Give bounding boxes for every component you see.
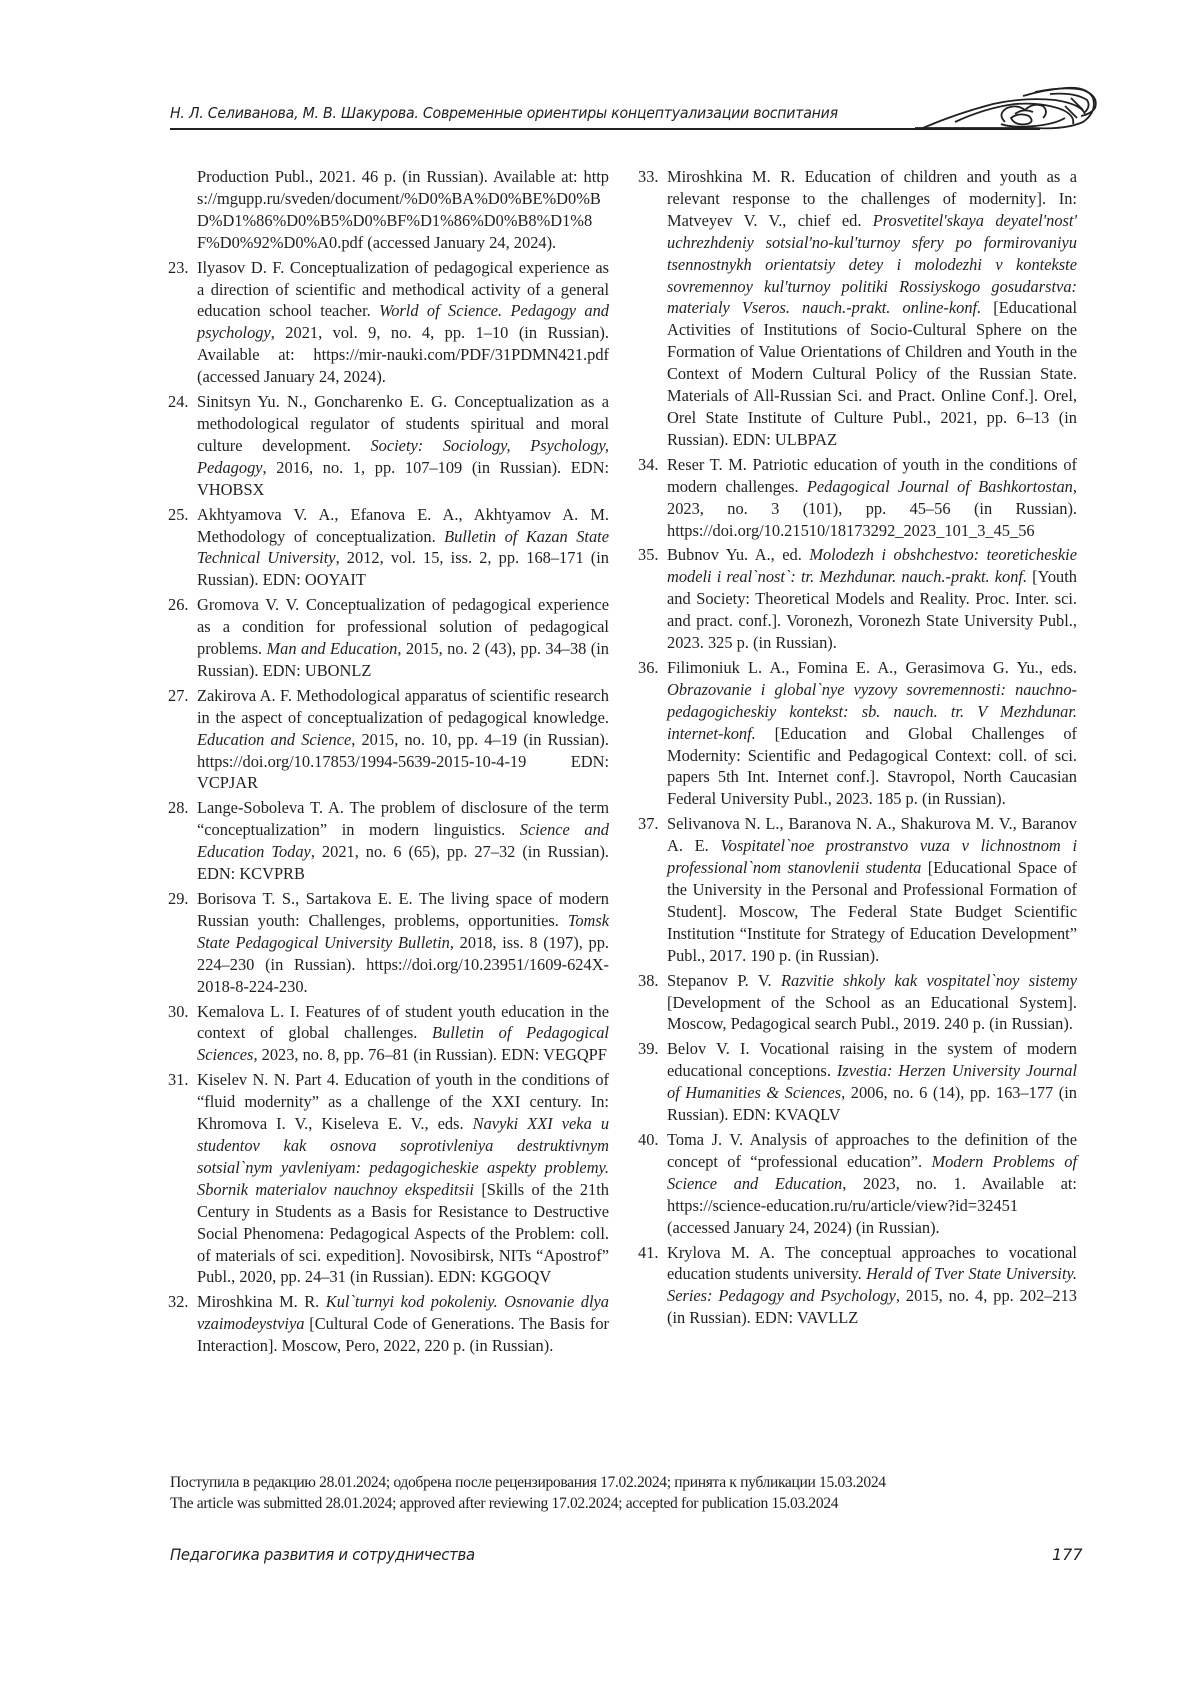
reference-item-41: 41.Krylova M. A. The conceptual approach… (667, 1242, 1077, 1330)
reference-list-left: 23.Ilyasov D. F. Conceptualization of pe… (197, 257, 609, 1357)
reference-list-right: 33.Miroshkina M. R. Education of childre… (667, 166, 1077, 1329)
submission-dates-en: The article was submitted 28.01.2024; ap… (170, 1493, 1100, 1514)
reference-item-33: 33.Miroshkina M. R. Education of childre… (667, 166, 1077, 451)
reference-item-36: 36.Filimoniuk L. A., Fomina E. A., Geras… (667, 657, 1077, 810)
reference-continuation: Production Publ., 2021. 46 p. (in Russia… (197, 166, 609, 254)
reference-item-32: 32.Miroshkina M. R. Kul`turnyi kod pokol… (197, 1291, 609, 1357)
references-right-column: 33.Miroshkina M. R. Education of childre… (667, 166, 1077, 1332)
reference-item-29: 29.Borisova T. S., Sartakova E. E. The l… (197, 888, 609, 998)
page-number: 177 (1052, 1545, 1083, 1564)
reference-item-24: 24.Sinitsyn Yu. N., Goncharenko E. G. Co… (197, 391, 609, 501)
reference-item-38: 38.Stepanov P. V. Razvitie shkoly kak vo… (667, 970, 1077, 1036)
art-nouveau-ornament-icon (915, 84, 1100, 136)
reference-item-39: 39.Belov V. I. Vocational raising in the… (667, 1038, 1077, 1126)
reference-item-35: 35.Bubnov Yu. A., ed. Molodezh i obshche… (667, 544, 1077, 654)
reference-item-31: 31.Kiselev N. N. Part 4. Education of yo… (197, 1069, 609, 1288)
running-title: Н. Л. Селиванова, М. В. Шакурова. Соврем… (170, 104, 838, 122)
header-divider (170, 128, 1040, 130)
reference-item-27: 27.Zakirova A. F. Methodological apparat… (197, 685, 609, 795)
submission-dates-ru: Поступила в редакцию 28.01.2024; одобрен… (170, 1472, 1100, 1493)
references-left-column: Production Publ., 2021. 46 p. (in Russia… (197, 166, 609, 1360)
submission-dates: Поступила в редакцию 28.01.2024; одобрен… (170, 1472, 1100, 1514)
reference-item-28: 28.Lange-Soboleva T. A. The problem of d… (197, 797, 609, 885)
running-header: Н. Л. Селиванова, М. В. Шакурова. Соврем… (170, 84, 1100, 134)
reference-item-30: 30.Kemalova L. I. Features of of student… (197, 1001, 609, 1067)
reference-item-34: 34.Reser T. M. Patriotic education of yo… (667, 454, 1077, 542)
footer-journal-title: Педагогика развития и сотрудничества (170, 1545, 475, 1564)
reference-item-37: 37.Selivanova N. L., Baranova N. A., Sha… (667, 813, 1077, 966)
reference-item-25: 25.Akhtyamova V. A., Efanova E. A., Akht… (197, 504, 609, 592)
reference-item-23: 23.Ilyasov D. F. Conceptualization of pe… (197, 257, 609, 388)
reference-item-26: 26.Gromova V. V. Conceptualization of pe… (197, 594, 609, 682)
reference-item-40: 40.Toma J. V. Analysis of approaches to … (667, 1129, 1077, 1239)
